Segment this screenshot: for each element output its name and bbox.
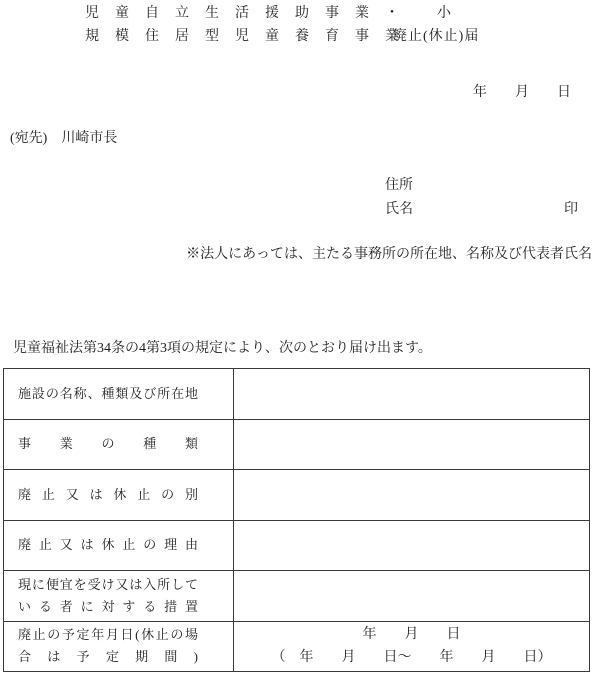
- table-row-business-type: 事業の種類: [4, 419, 589, 470]
- row-value-abolition-or-suspension[interactable]: [234, 470, 589, 520]
- table-row-reason: 廃止又は休止の理由: [4, 520, 589, 571]
- date-placeholder: 年 月 日: [473, 84, 571, 102]
- row-label-business-type: 事業の種類: [4, 420, 234, 470]
- document-title: 児童自立生活援助事業・小 規模住居型児童養育事業廃止(休止)届: [85, 2, 479, 48]
- row-label-abolition-or-suspension: 廃止又は休止の別: [4, 470, 234, 520]
- row-value-facility[interactable]: [234, 369, 589, 419]
- row-label-measures: 現に便宜を受け又は入所して いる者に対する措置: [4, 571, 234, 621]
- row-value-measures[interactable]: [234, 571, 589, 621]
- addressee-prefix: (宛先): [10, 131, 47, 146]
- row-value-reason[interactable]: [234, 521, 589, 571]
- scheduled-date-line: 年 月 日: [363, 623, 461, 646]
- title-line-1: 児童自立生活援助事業・小: [85, 2, 479, 25]
- title-line-2: 規模住居型児童養育事業廃止(休止)届: [85, 25, 479, 48]
- addressee-line: (宛先)川崎市長: [10, 130, 117, 148]
- form-page: 児童自立生活援助事業・小 規模住居型児童養育事業廃止(休止)届 年 月 日 (宛…: [0, 0, 592, 674]
- suspension-period-line: （ 年 月 日～ 年 月 日）: [272, 646, 552, 669]
- address-label: 住所: [385, 177, 413, 195]
- row-label-facility: 施設の名称、種類及び所在地: [4, 369, 234, 419]
- corporation-note: ※法人にあっては、主たる事務所の所在地、名称及び代表者氏名: [186, 246, 592, 264]
- row-label-scheduled-date: 廃止の予定年月日(休止の場 合は予定期間): [4, 622, 234, 672]
- title-line2-text: 規模住居型児童養育事業: [85, 29, 415, 44]
- title-line1-text: 児童自立生活援助事業・: [85, 6, 415, 21]
- table-row-abolition-or-suspension: 廃止又は休止の別: [4, 469, 589, 520]
- form-table: 施設の名称、種類及び所在地 事業の種類 廃止又は休止の別 廃止又は休止の理由 現: [3, 368, 590, 672]
- table-row-scheduled-date: 廃止の予定年月日(休止の場 合は予定期間) 年 月 日 （ 年 月 日～ 年 月…: [4, 621, 589, 672]
- name-label: 氏名: [385, 201, 413, 219]
- title-line2-tail: 廃止(休止)届: [393, 29, 479, 44]
- addressee-name: 川崎市長: [61, 131, 117, 146]
- legal-intro: 児童福祉法第34条の4第3項の規定により、次のとおり届け出ます。: [13, 340, 432, 358]
- row-label-reason: 廃止又は休止の理由: [4, 521, 234, 571]
- title-line1-tail: 小: [437, 6, 451, 21]
- table-row-facility: 施設の名称、種類及び所在地: [4, 369, 589, 419]
- table-row-measures: 現に便宜を受け又は入所して いる者に対する措置: [4, 570, 589, 621]
- row-value-business-type[interactable]: [234, 420, 589, 470]
- seal-label: 印: [564, 201, 578, 219]
- row-value-scheduled-date[interactable]: 年 月 日 （ 年 月 日～ 年 月 日）: [234, 622, 589, 672]
